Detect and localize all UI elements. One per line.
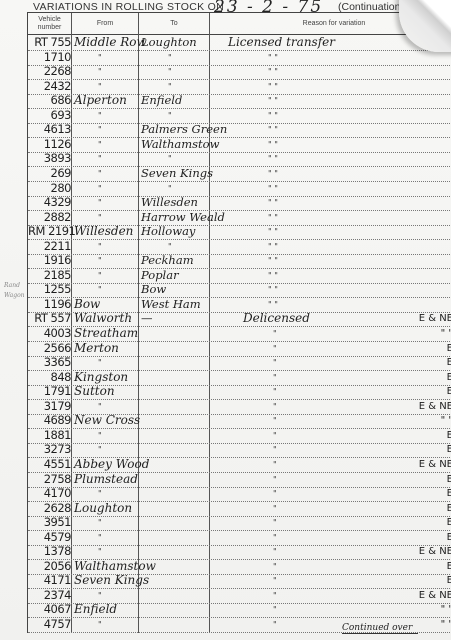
vehicle-number-cell: 2628 — [28, 501, 71, 516]
to-cell: Bow — [141, 282, 236, 297]
to-cell — [141, 602, 236, 617]
depot-cell: E — [358, 501, 451, 516]
vehicle-number-cell: 693 — [28, 108, 71, 123]
to-cell — [141, 515, 236, 530]
depot-cell — [358, 297, 451, 312]
to-cell — [141, 472, 236, 487]
depot-cell — [358, 166, 451, 181]
depot-cell — [358, 93, 451, 108]
depot-cell: E — [358, 573, 451, 588]
depot-cell — [358, 79, 451, 94]
vehicle-number-cell: 3179 — [28, 399, 71, 414]
vehicle-number-cell: 2566 — [28, 341, 71, 356]
vehicle-number-cell: 269 — [28, 166, 71, 181]
depot-cell: E — [358, 486, 451, 501]
depot-cell — [358, 210, 451, 225]
to-cell — [141, 413, 236, 428]
to-cell — [141, 486, 236, 501]
depot-cell — [358, 195, 451, 210]
to-cell: — — [141, 311, 236, 326]
to-cell: " — [168, 181, 263, 196]
to-cell: West Ham — [141, 297, 236, 312]
depot-cell — [358, 268, 451, 283]
vehicle-number-cell: 4329 — [28, 195, 71, 210]
depot-cell: E & NE — [358, 588, 451, 603]
to-cell — [141, 355, 236, 370]
to-cell: Peckham — [141, 253, 236, 268]
to-cell: Holloway — [141, 224, 236, 239]
to-cell: " — [168, 79, 263, 94]
margin-note-line-1: Rand — [4, 282, 20, 289]
depot-cell — [358, 151, 451, 166]
to-cell — [141, 588, 236, 603]
depot-cell: E — [358, 515, 451, 530]
to-cell — [141, 573, 236, 588]
to-cell: " — [168, 64, 263, 79]
continued-over-note: Continued over — [342, 623, 418, 634]
vehicle-number-cell: 4689 — [28, 413, 71, 428]
to-cell: Seven Kings — [141, 166, 236, 181]
to-cell — [141, 428, 236, 443]
vehicle-number-cell: 4551 — [28, 457, 71, 472]
vehicle-number-cell: RT 557 — [28, 311, 71, 326]
to-cell — [141, 370, 236, 385]
depot-cell — [358, 137, 451, 152]
vehicle-number-cell: 1881 — [28, 428, 71, 443]
vehicle-number-cell: RT 755 — [28, 35, 71, 50]
vehicle-number-cell: 4170 — [28, 486, 71, 501]
vehicle-number-cell: 2268 — [28, 64, 71, 79]
to-cell: " — [168, 151, 263, 166]
to-cell — [141, 457, 236, 472]
vehicle-number-cell: 3273 — [28, 442, 71, 457]
vehicle-number-cell: 4757 — [28, 617, 71, 632]
depot-cell — [358, 224, 451, 239]
to-cell — [141, 399, 236, 414]
vehicle-number-cell: 4171 — [28, 573, 71, 588]
vehicle-number-cell: 4003 — [28, 326, 71, 341]
vehicle-number-cell: 3365 — [28, 355, 71, 370]
vehicle-number-cell: 1916 — [28, 253, 71, 268]
vehicle-number-cell: RM 2191 — [28, 224, 71, 239]
depot-cell — [358, 239, 451, 254]
depot-cell: E & NE — [358, 399, 451, 414]
to-cell — [141, 530, 236, 545]
vehicle-number-cell: 280 — [28, 181, 71, 196]
to-cell — [141, 632, 236, 640]
vehicle-number-cell: 1255 — [28, 282, 71, 297]
vehicle-number-cell: 4067 — [28, 602, 71, 617]
vehicle-number-cell: 2882 — [28, 210, 71, 225]
to-cell: " — [168, 50, 263, 65]
depot-cell — [358, 282, 451, 297]
to-cell: Enfield — [141, 93, 236, 108]
depot-cell: " " — [358, 602, 451, 617]
vehicle-number-cell: 1710 — [28, 50, 71, 65]
vehicle-number-cell: 2374 — [28, 588, 71, 603]
to-cell: " — [168, 108, 263, 123]
to-cell — [141, 559, 236, 574]
depot-cell: E — [358, 355, 451, 370]
vehicle-number-cell: 3951 — [28, 515, 71, 530]
depot-cell: E — [358, 370, 451, 385]
depot-cell — [358, 122, 451, 137]
vehicle-number-cell: 1126 — [28, 137, 71, 152]
to-cell: Walthamstow — [141, 137, 236, 152]
margin-note-line-2: Wagon — [4, 292, 25, 299]
vehicle-number-cell: 2211 — [28, 239, 71, 254]
to-cell — [141, 384, 236, 399]
depot-cell: " " — [358, 413, 451, 428]
vehicle-number-cell: 686 — [28, 93, 71, 108]
vehicle-number-cell: 2185 — [28, 268, 71, 283]
vehicle-number-cell: 1791 — [28, 384, 71, 399]
header-from: From — [72, 13, 138, 35]
depot-cell — [358, 64, 451, 79]
depot-cell: E — [358, 384, 451, 399]
to-cell: " — [168, 239, 263, 254]
header-to: To — [139, 13, 209, 35]
vehicle-number-cell: 1196 — [28, 297, 71, 312]
vehicle-number-cell: 4613 — [28, 122, 71, 137]
depot-cell — [358, 108, 451, 123]
depot-cell: E & NE — [358, 457, 451, 472]
to-cell: Harrow Weald — [141, 210, 236, 225]
to-cell — [141, 544, 236, 559]
vehicle-number-cell: 2432 — [28, 79, 71, 94]
vehicle-number-cell: 4579 — [28, 530, 71, 545]
depot-cell — [358, 253, 451, 268]
to-cell: Poplar — [141, 268, 236, 283]
depot-cell: E — [358, 559, 451, 574]
to-cell — [141, 341, 236, 356]
depot-cell: E — [358, 530, 451, 545]
rolling-stock-table: Vehicle number From To Reason for variat… — [27, 12, 451, 633]
to-cell — [141, 501, 236, 516]
to-cell: Loughton — [141, 35, 236, 50]
depot-cell: E — [358, 341, 451, 356]
vehicle-number-cell: 3893 — [28, 151, 71, 166]
to-cell: Palmers Green — [141, 122, 236, 137]
vehicle-number-cell: 848 — [28, 370, 71, 385]
to-cell: Willesden — [141, 195, 236, 210]
to-cell — [141, 442, 236, 457]
depot-cell: E — [358, 472, 451, 487]
vehicle-number-cell: 2758 — [28, 472, 71, 487]
to-cell — [141, 617, 236, 632]
header-vehicle-number: Vehicle number — [28, 13, 71, 35]
vehicle-number-cell — [28, 632, 71, 640]
depot-cell: E — [358, 442, 451, 457]
to-cell — [141, 326, 236, 341]
depot-cell: E & NE — [358, 311, 451, 326]
depot-cell: E — [358, 428, 451, 443]
depot-cell: E & NE — [358, 544, 451, 559]
vehicle-number-cell: 1378 — [28, 544, 71, 559]
depot-cell — [358, 181, 451, 196]
depot-cell: " " — [358, 326, 451, 341]
document-page: VARIATIONS IN ROLLING STOCK ON 23 - 2 - … — [0, 0, 451, 640]
vehicle-number-cell: 2056 — [28, 559, 71, 574]
